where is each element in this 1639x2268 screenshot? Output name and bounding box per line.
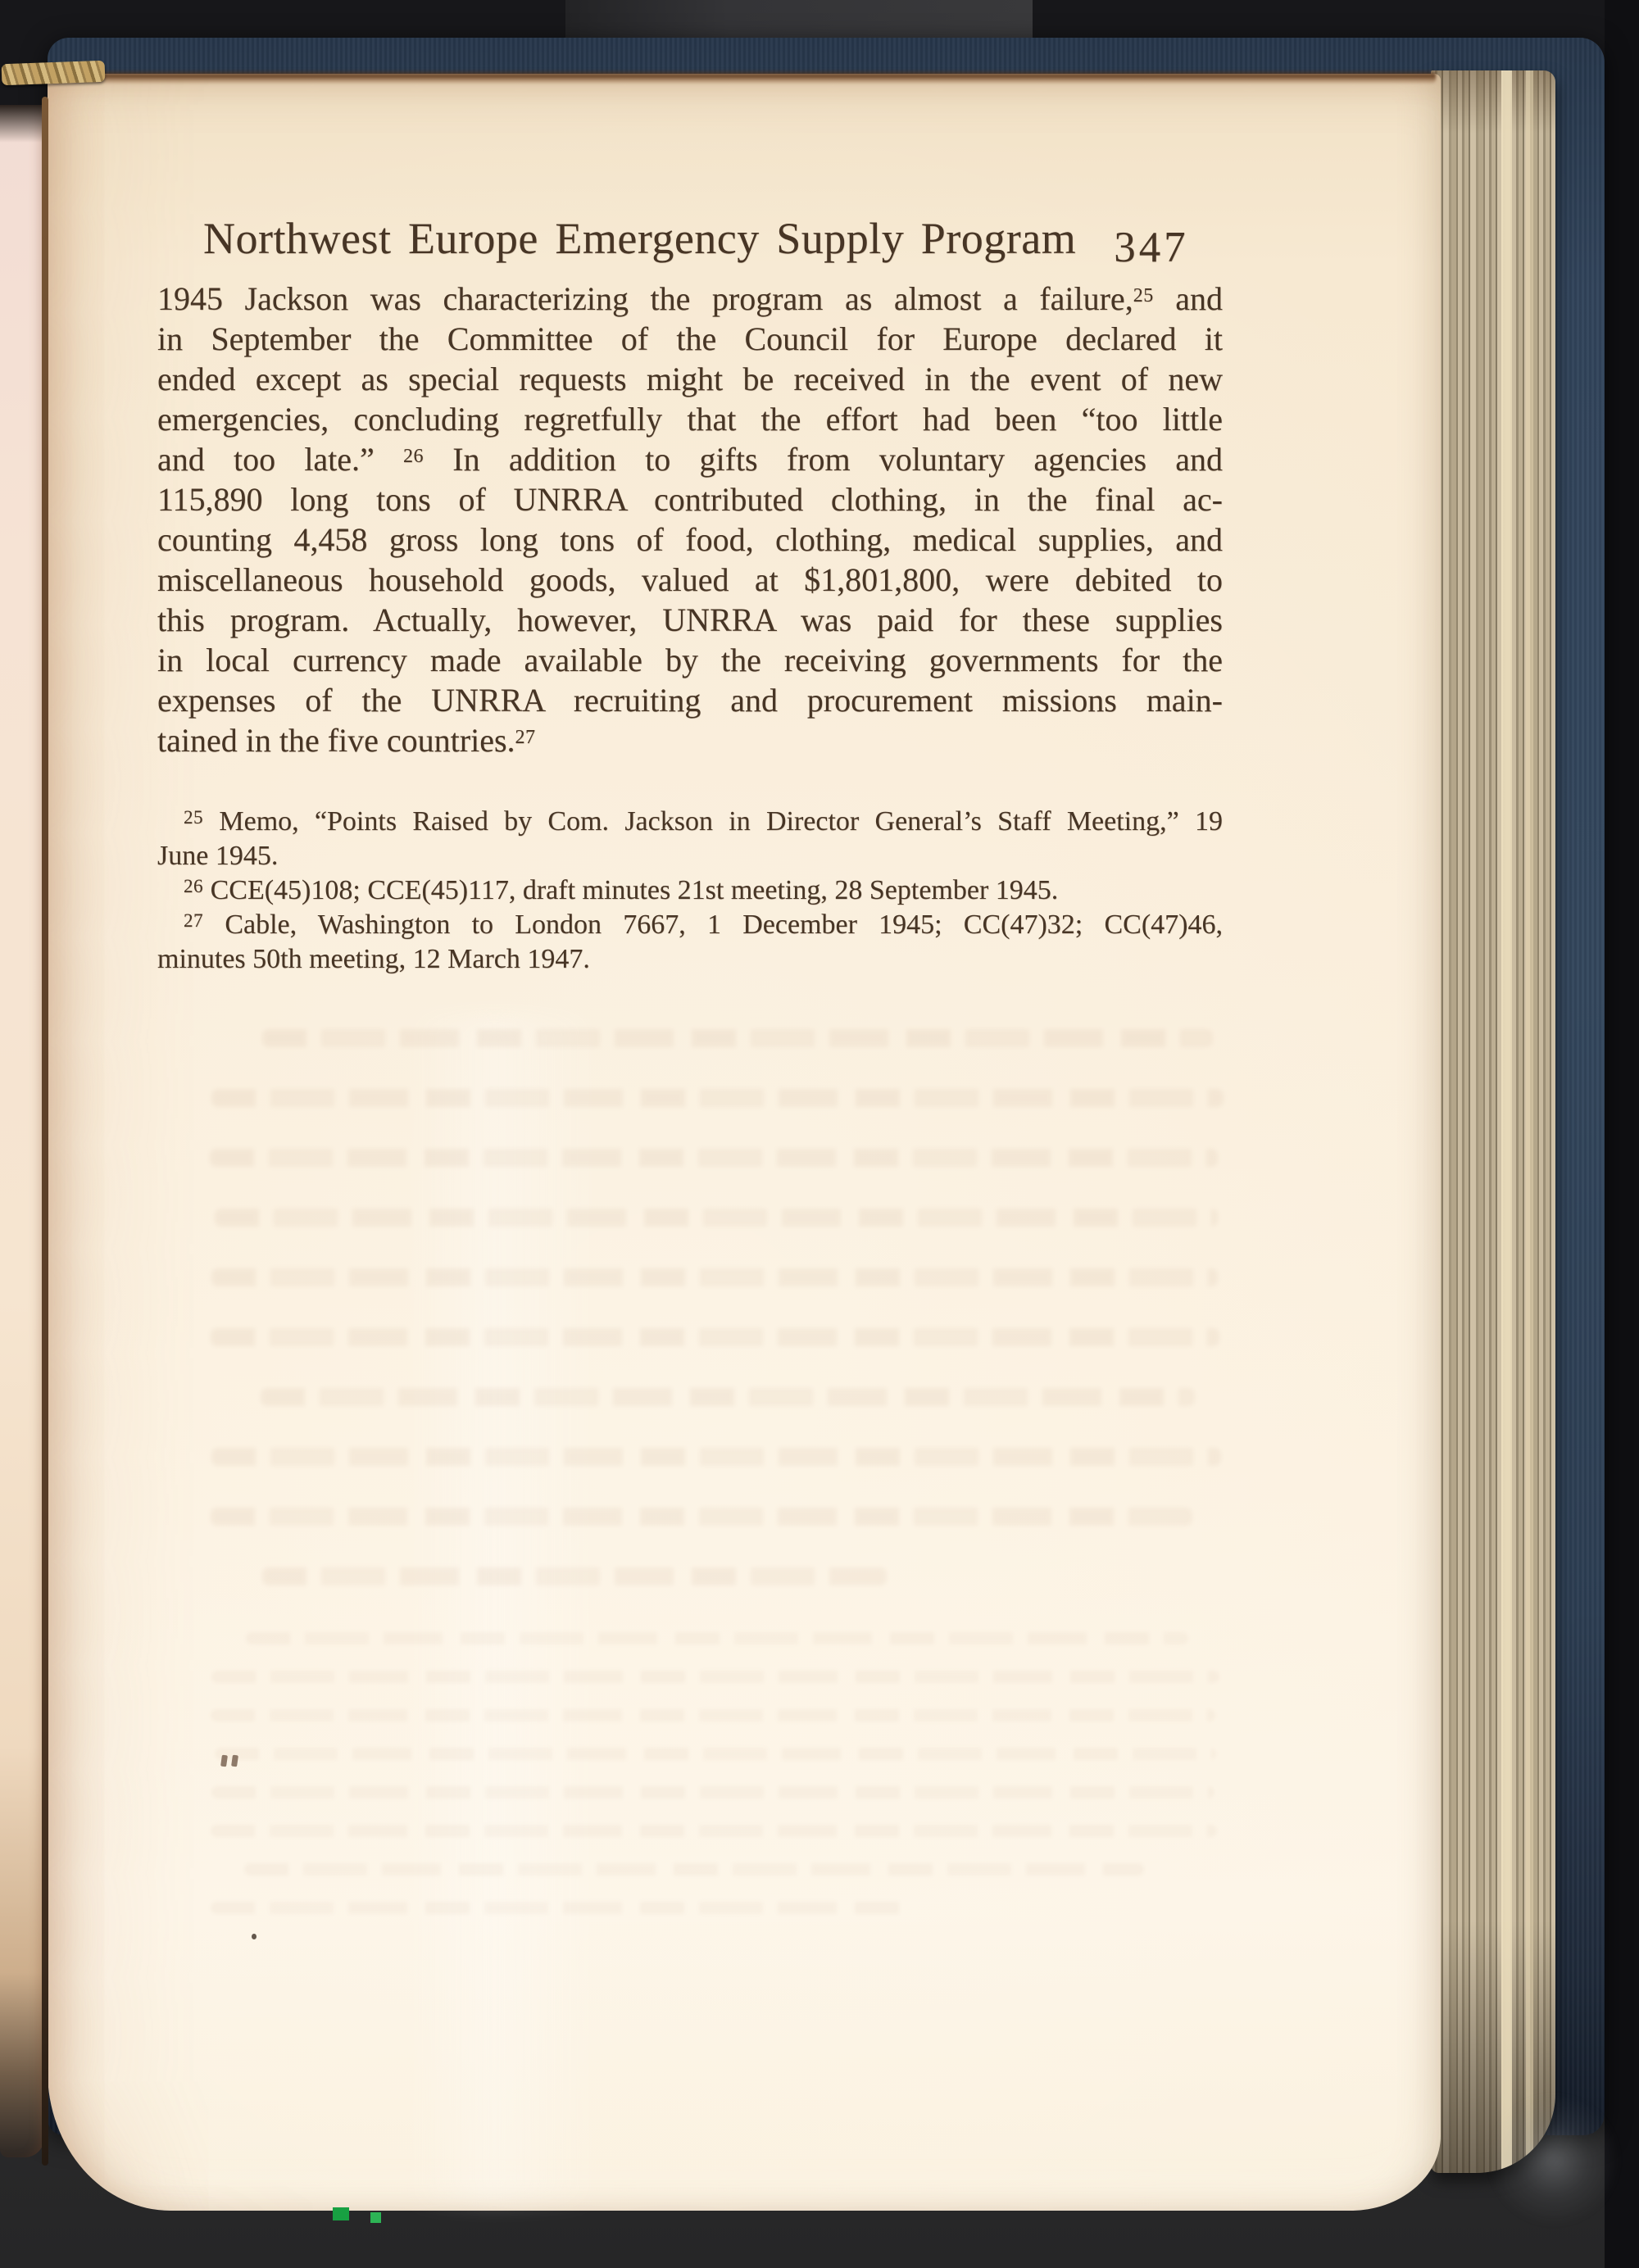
scanner-background-right xyxy=(1605,0,1639,2268)
gutter-spine-line xyxy=(42,97,48,2166)
footnote-line: 25 Memo, “Points Raised by Com. Jackson … xyxy=(157,805,1223,839)
footnote-reference: 27 xyxy=(184,910,203,932)
scan-artifact-green xyxy=(370,2212,381,2223)
body-paragraph: 1945 Jackson was characterizing the prog… xyxy=(157,279,1223,760)
footnote-reference: 27 xyxy=(515,727,536,748)
footnote-line: 27 Cable, Washington to London 7667, 1 D… xyxy=(157,908,1223,942)
body-line: in September the Committee of the Counci… xyxy=(157,319,1223,359)
bleed-through-line xyxy=(262,1029,1213,1047)
bleed-through-line xyxy=(211,1268,1218,1286)
bleed-through-line xyxy=(215,1748,1216,1760)
ink-mark xyxy=(221,1755,241,1767)
facing-page-edge xyxy=(0,105,44,2157)
footnote-line: 26 CCE(45)108; CCE(45)117, draft minutes… xyxy=(157,873,1223,908)
body-line: emergencies, concluding regretfully that… xyxy=(157,399,1223,439)
bleed-through-line xyxy=(211,1825,1217,1837)
body-line: 115,890 long tons of UNRRA contributed c… xyxy=(157,479,1223,519)
page-top-edge-shadow xyxy=(52,70,1436,84)
ink-speck xyxy=(252,1934,257,1939)
body-line: tained in the five countries.27 xyxy=(157,720,1223,760)
bleed-through-line xyxy=(211,1671,1219,1683)
bleed-through-line xyxy=(211,1709,1215,1721)
bleed-through-line xyxy=(211,1089,1224,1107)
bleed-through-line xyxy=(211,1786,1214,1799)
footnote-reference: 25 xyxy=(184,807,203,828)
bleed-through-line xyxy=(246,1632,1188,1644)
book-headband xyxy=(2,61,106,85)
body-line: 1945 Jackson was characterizing the prog… xyxy=(157,279,1223,319)
edge-shadow-smoke xyxy=(1488,2094,1619,2225)
running-header: Northwest Europe Emergency Supply Progra… xyxy=(203,215,1285,263)
bleed-through-line xyxy=(211,1448,1221,1466)
scanned-book-page: Northwest Europe Emergency Supply Progra… xyxy=(0,0,1639,2268)
bleed-through-line xyxy=(210,1149,1218,1167)
body-line: in local currency made available by the … xyxy=(157,640,1223,680)
bleed-through-line xyxy=(211,1508,1192,1526)
scan-artifact-green xyxy=(333,2207,349,2220)
bleed-through-line xyxy=(215,1209,1218,1227)
footnote-line: minutes 50th meeting, 12 March 1947. xyxy=(157,942,1223,977)
book-page-paper: Northwest Europe Emergency Supply Progra… xyxy=(48,74,1441,2211)
footnote-reference: 26 xyxy=(403,446,424,467)
bleed-through-line xyxy=(261,1388,1195,1406)
fore-edge-page-stack xyxy=(1431,70,1555,2173)
footnotes: 25 Memo, “Points Raised by Com. Jackson … xyxy=(157,805,1223,977)
footnote-line: June 1945. xyxy=(157,839,1223,873)
body-line: expenses of the UNRRA recruiting and pro… xyxy=(157,680,1223,720)
body-line: ended except as special requests might b… xyxy=(157,359,1223,399)
bleed-through-line xyxy=(211,1902,914,1914)
body-line: miscellaneous household goods, valued at… xyxy=(157,560,1223,600)
bleed-through-line xyxy=(211,1328,1219,1346)
body-line: this program. Actually, however, UNRRA w… xyxy=(157,600,1223,640)
running-header-title: Northwest Europe Emergency Supply Progra… xyxy=(203,214,1076,263)
bleed-through-line xyxy=(262,1567,887,1585)
body-line: and too late.” 26 In addition to gifts f… xyxy=(157,439,1223,479)
paper-light-streak xyxy=(408,1016,597,2204)
footnote-reference: 26 xyxy=(184,876,203,897)
page-number: 347 xyxy=(1114,224,1188,271)
bleed-through-line xyxy=(244,1863,1144,1876)
footnote-reference: 25 xyxy=(1133,285,1154,306)
body-line: counting 4,458 gross long tons of food, … xyxy=(157,519,1223,560)
